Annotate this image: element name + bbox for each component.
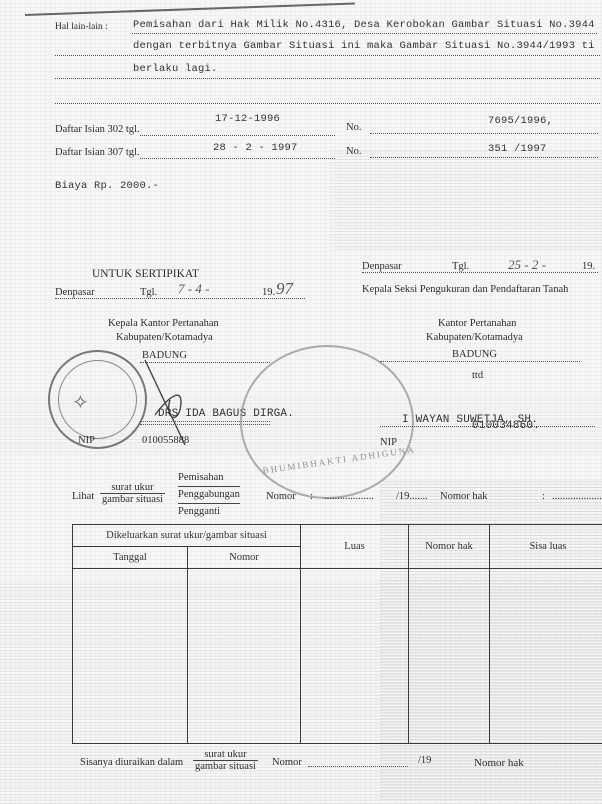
dotted-line bbox=[55, 55, 600, 56]
col-header-sisa-luas: Sisa luas bbox=[490, 525, 602, 569]
left-office-sub: Kabupaten/Kotamadya bbox=[116, 332, 213, 343]
di302-label: Daftar Isian 302 tgl. bbox=[55, 124, 140, 135]
dotted-line bbox=[380, 361, 580, 362]
right-nip: 010034860. bbox=[472, 420, 540, 432]
footer-year-sep: /19 bbox=[418, 755, 431, 766]
seal-text: BHUMIBHAKTI ADHIGUNA bbox=[262, 444, 416, 475]
see-nomor-dots: ................... bbox=[324, 491, 374, 502]
cell-luas bbox=[301, 569, 409, 744]
see-label: Lihat bbox=[72, 491, 94, 502]
remarks-line-3: berlaku lagi. bbox=[133, 63, 218, 75]
see-hak-label: Nomor hak bbox=[440, 491, 488, 502]
cell-sisa-luas bbox=[490, 569, 602, 744]
office-seal: ✧ bbox=[48, 350, 147, 449]
page-edge-line bbox=[25, 2, 355, 16]
dotted-line bbox=[55, 298, 305, 299]
see-frac-top: surat ukur bbox=[100, 482, 165, 494]
see-hak-colon: : bbox=[542, 491, 545, 502]
scanned-document-page: Hal lain-lain : Pemisahan dari Hak Milik… bbox=[0, 0, 602, 804]
cell-nomor-hak bbox=[409, 569, 490, 744]
remarks-line-2: dengan terbitnya Gambar Situasi ini maka… bbox=[133, 40, 595, 52]
dotted-line bbox=[55, 78, 600, 79]
remarks-label: Hal lain-lain : bbox=[55, 22, 108, 32]
di307-date: 28 - 2 - 1997 bbox=[213, 142, 298, 154]
col-header-luas: Luas bbox=[301, 525, 409, 569]
option-penggabungan: Penggabungan bbox=[178, 487, 240, 504]
left-nip: 010055888 bbox=[142, 435, 189, 446]
see-frac-bottom: gambar situasi bbox=[100, 494, 165, 505]
table-group-header: Dikeluarkan surat ukur/gambar situasi bbox=[73, 525, 301, 547]
right-date-label: Tgl. bbox=[452, 261, 469, 272]
left-date: 7 - 4 - bbox=[178, 281, 209, 297]
left-place: Denpasar bbox=[55, 287, 95, 298]
left-year: 97 bbox=[276, 279, 293, 299]
right-year-prefix: 19. bbox=[582, 261, 595, 272]
right-signed-note: ttd bbox=[472, 370, 483, 381]
table-row-empty bbox=[73, 569, 602, 744]
right-section-title: Kepala Seksi Pengukuran dan Pendaftaran … bbox=[362, 284, 568, 295]
option-pengganti: Pengganti bbox=[178, 504, 240, 520]
remarks-line-1: Pemisahan dari Hak Milik No.4316, Desa K… bbox=[133, 19, 595, 31]
see-year-sep: /19....... bbox=[396, 491, 428, 502]
footer-frac-top: surat ukur bbox=[193, 749, 258, 761]
left-nip-label: NIP bbox=[78, 435, 95, 446]
option-pemisahan: Pemisahan bbox=[178, 470, 240, 487]
see-reason-options: Pemisahan Penggabungan Pengganti bbox=[178, 470, 240, 520]
footer-nomor-label: Nomor bbox=[272, 757, 302, 768]
di307-number: 351 /1997 bbox=[488, 143, 547, 155]
footer-frac-bottom: gambar situasi bbox=[193, 761, 258, 772]
dotted-line bbox=[55, 103, 600, 104]
right-office-title: Kantor Pertanahan bbox=[438, 318, 516, 329]
col-header-tanggal: Tanggal bbox=[73, 547, 188, 569]
right-date: 25 - 2 - bbox=[508, 257, 546, 273]
di307-no-label: No. bbox=[346, 146, 361, 157]
right-nip-label: NIP bbox=[380, 437, 397, 448]
dotted-line bbox=[308, 766, 408, 767]
di302-date: 17-12-1996 bbox=[215, 113, 280, 125]
di302-no-label: No. bbox=[346, 122, 361, 133]
garuda-emblem-icon: ✧ bbox=[72, 390, 89, 415]
right-office-sub: Kabupaten/Kotamadya bbox=[426, 332, 523, 343]
footer-document-type: surat ukur gambar situasi bbox=[193, 749, 258, 772]
issued-survey-table: Dikeluarkan surat ukur/gambar situasi Lu… bbox=[72, 524, 602, 744]
dotted-line bbox=[140, 135, 335, 136]
footer-label: Sisanya diuraikan dalam bbox=[80, 757, 183, 768]
security-microprint bbox=[330, 150, 602, 250]
right-place: Denpasar bbox=[362, 261, 402, 272]
left-office-title: Kepala Kantor Pertanahan bbox=[108, 318, 219, 329]
see-document-type: surat ukur gambar situasi bbox=[100, 482, 165, 505]
cell-tanggal bbox=[73, 569, 188, 744]
dotted-line bbox=[362, 272, 598, 273]
center-seal: BHUMIBHAKTI ADHIGUNA bbox=[240, 345, 414, 499]
left-date-label: Tgl. bbox=[140, 287, 157, 298]
see-hak-dots: ................... bbox=[552, 491, 602, 502]
see-nomor-label: Nomor bbox=[266, 491, 296, 502]
dotted-line bbox=[132, 33, 597, 34]
dotted-line bbox=[140, 158, 335, 159]
dotted-line bbox=[370, 157, 598, 158]
footer-hak-label: Nomor hak bbox=[474, 757, 524, 769]
right-region: BADUNG bbox=[452, 349, 497, 360]
left-year-prefix: 19. bbox=[262, 287, 275, 298]
col-header-nomor-hak: Nomor hak bbox=[409, 525, 490, 569]
di307-label: Daftar Isian 307 tgl. bbox=[55, 147, 140, 158]
col-header-nomor: Nomor bbox=[188, 547, 301, 569]
dotted-line bbox=[370, 133, 598, 134]
for-certificate-title: UNTUK SERTIPIKAT bbox=[92, 268, 199, 280]
di302-number: 7695/1996, bbox=[488, 115, 553, 127]
fee-text: Biaya Rp. 2000.- bbox=[55, 180, 159, 192]
cell-nomor bbox=[188, 569, 301, 744]
see-nomor-colon: : bbox=[310, 491, 313, 502]
